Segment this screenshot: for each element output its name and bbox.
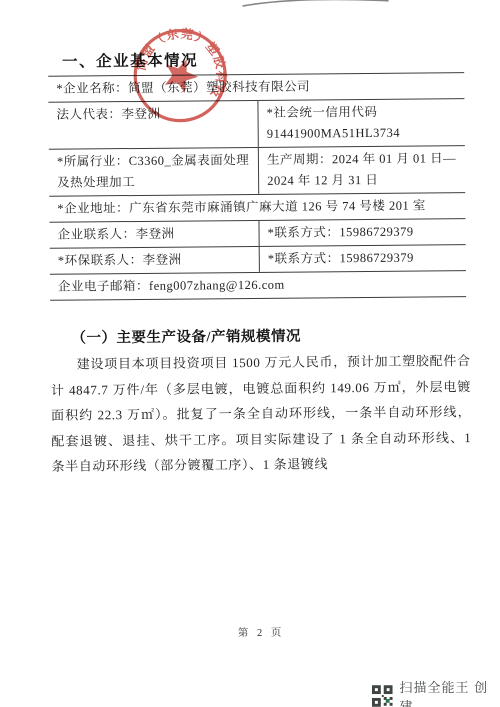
- company-name-cell: *企业名称：简盟（东莞）塑胶科技有限公司: [48, 73, 464, 102]
- table-row: *企业名称：简盟（东莞）塑胶科技有限公司: [48, 73, 464, 103]
- address-cell: *企业地址：广东省东莞市麻涌镇广麻大道 126 号 74 号楼 201 室: [49, 193, 465, 222]
- email-cell: 企业电子邮箱：feng007zhang@126.com: [50, 271, 466, 300]
- page-number: 第 2 页: [53, 623, 469, 642]
- scanned-document-page: 一、企业基本情况 *企业名称：简盟（东莞）塑胶科技有限公司 法人代表：李登洲 *…: [0, 0, 500, 707]
- env-contact-cell: *环保联系人：李登洲: [50, 247, 260, 274]
- table-row: 企业电子邮箱：feng007zhang@126.com: [50, 271, 466, 301]
- scan-content: 一、企业基本情况 *企业名称：简盟（东莞）塑胶科技有限公司 法人代表：李登洲 *…: [0, 0, 500, 707]
- table-row: 法人代表：李登洲 *社会统一信用代码 91441900MA51HL3734: [48, 99, 464, 150]
- env-contact-phone-cell: *联系方式：15986729379: [260, 245, 466, 272]
- camscanner-label: 扫描全能王 创建: [400, 677, 500, 707]
- section-heading: （一）主要生产设备/产销规模情况: [71, 325, 301, 348]
- table-row: 企业联系人：李登洲 *联系方式：15986729379: [49, 219, 465, 249]
- production-period-cell: 生产周期：2024 年 01 月 01 日—2024 年 12 月 31 日: [259, 146, 465, 194]
- enterprise-info-table: *企业名称：简盟（东莞）塑胶科技有限公司 法人代表：李登洲 *社会统一信用代码 …: [48, 72, 466, 301]
- page-title: 一、企业基本情况: [62, 48, 198, 71]
- industry-cell: *所属行业：C3360_金属表面处理及热处理加工: [49, 148, 259, 196]
- project-description-paragraph: 建设项目本项目投资项目 1500 万元人民币，预计加工塑胶配件合计 4847.7…: [51, 348, 472, 479]
- company-contact-cell: 企业联系人：李登洲: [49, 221, 259, 248]
- legal-representative-cell: 法人代表：李登洲: [48, 101, 258, 149]
- table-row: *企业地址：广东省东莞市麻涌镇广麻大道 126 号 74 号楼 201 室: [49, 193, 465, 223]
- table-row: *环保联系人：李登洲 *联系方式：15986729379: [50, 245, 466, 275]
- table-row: *所属行业：C3360_金属表面处理及热处理加工 生产周期：2024 年 01 …: [49, 146, 465, 197]
- scan-fold-artifact: [241, 0, 391, 9]
- camscanner-watermark: 扫描全能王 创建: [372, 677, 500, 707]
- qr-code-icon: [372, 685, 393, 707]
- credit-code-cell: *社会统一信用代码 91441900MA51HL3734: [258, 99, 464, 147]
- contact-phone-cell: *联系方式：15986729379: [260, 219, 466, 246]
